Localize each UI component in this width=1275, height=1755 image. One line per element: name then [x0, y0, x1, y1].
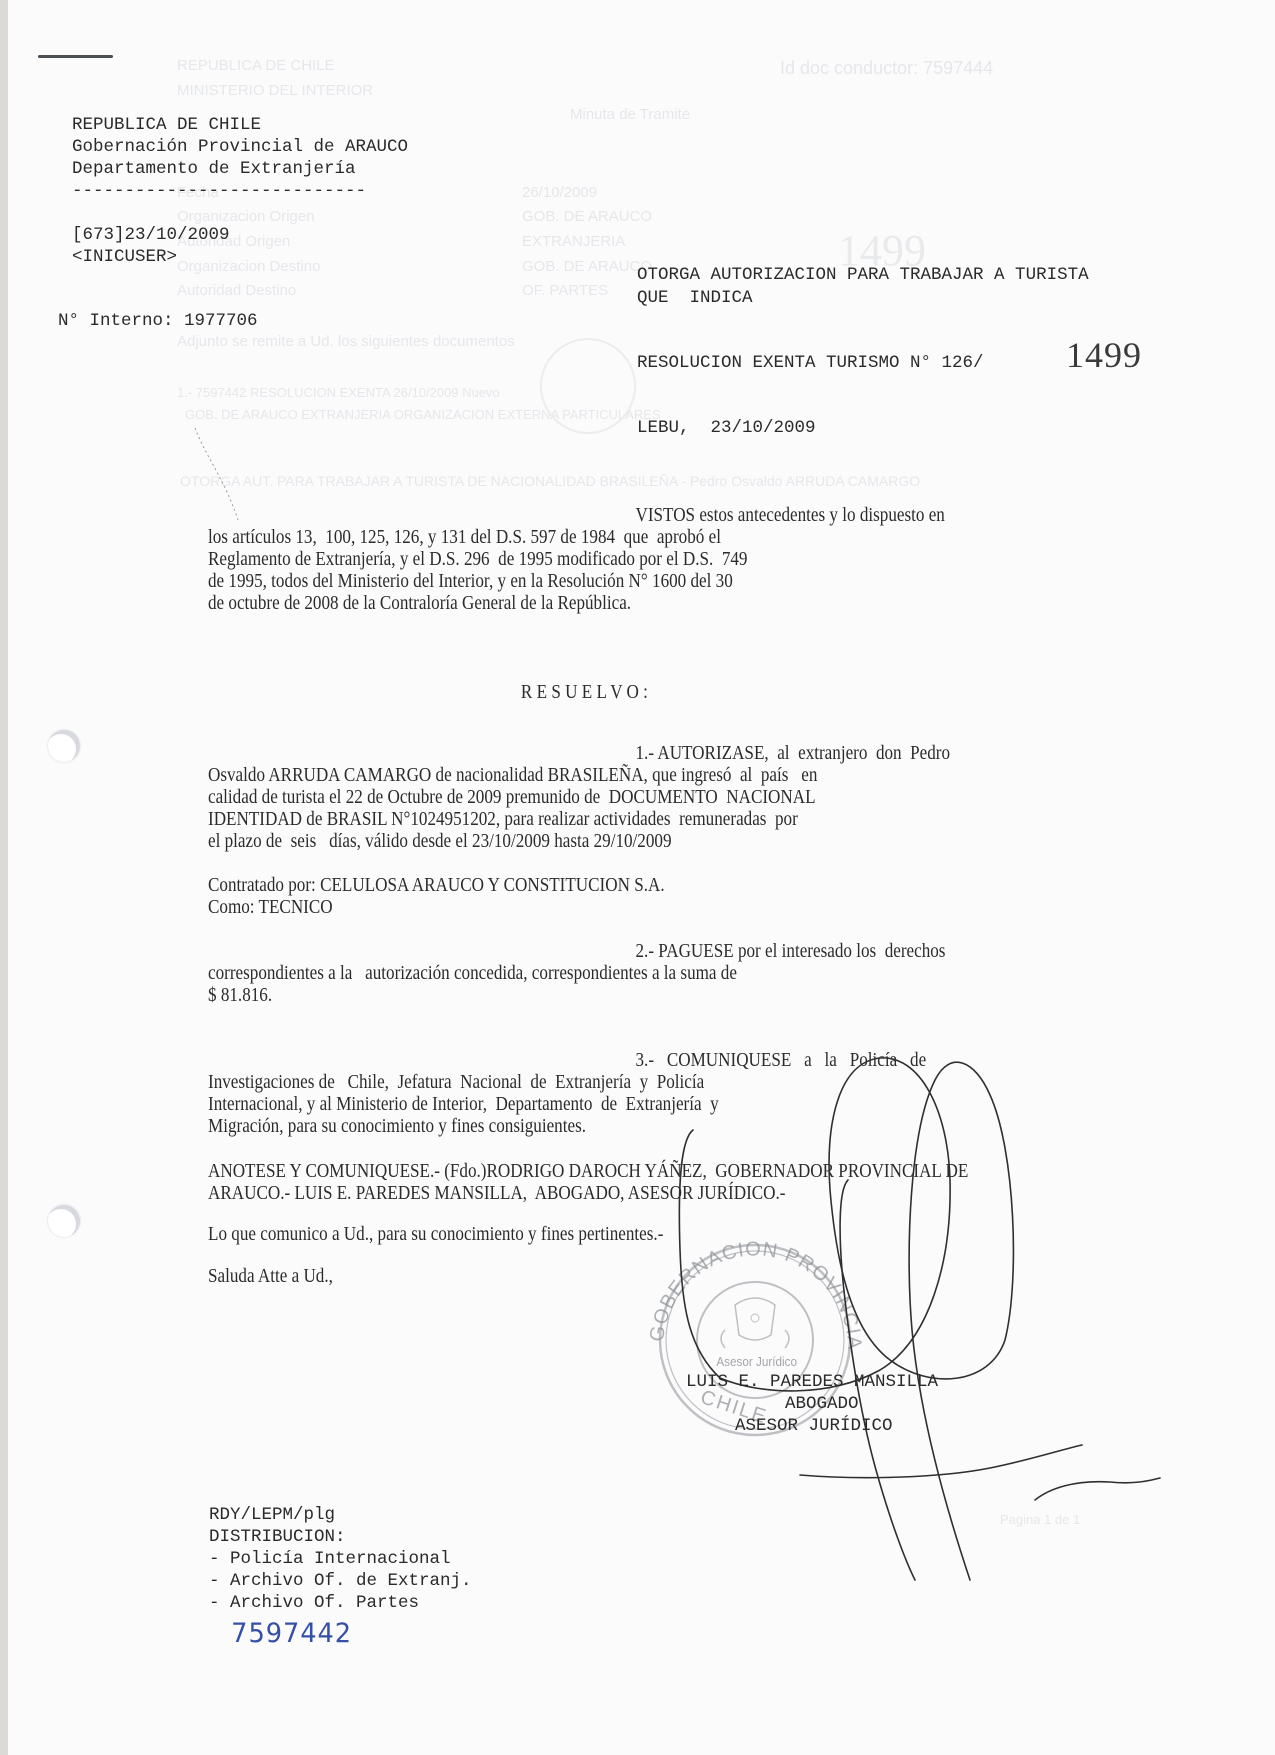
distribution-item: - Policía Internacional [209, 1548, 451, 1570]
stamp-and-signature-layer: GOBERNACION PROVINCIAL ARAUCO CHILE Ases… [0, 0, 1275, 1755]
handwritten-number: 7597442 [231, 1618, 352, 1649]
signatory-name: LUIS E. PAREDES MANSILLA [686, 1371, 938, 1393]
distribution-item: - Archivo Of. de Extranj. [209, 1570, 472, 1592]
stamp-inner-text: Asesor Jurídico [716, 1354, 797, 1369]
stamp-ring-text: GOBERNACION PROVINCIAL ARAUCO [0, 0, 865, 1351]
initials: RDY/LEPM/plg [209, 1504, 335, 1526]
distribution-item: - Archivo Of. Partes [209, 1592, 419, 1614]
signatory-title-1: ABOGADO [785, 1393, 859, 1415]
distribution-label: DISTRIBUCION: [209, 1526, 346, 1548]
stray-pen-mark [195, 428, 238, 520]
coat-of-arms-icon [721, 1298, 789, 1348]
signatory-title-2: ASESOR JURÍDICO [735, 1415, 893, 1437]
